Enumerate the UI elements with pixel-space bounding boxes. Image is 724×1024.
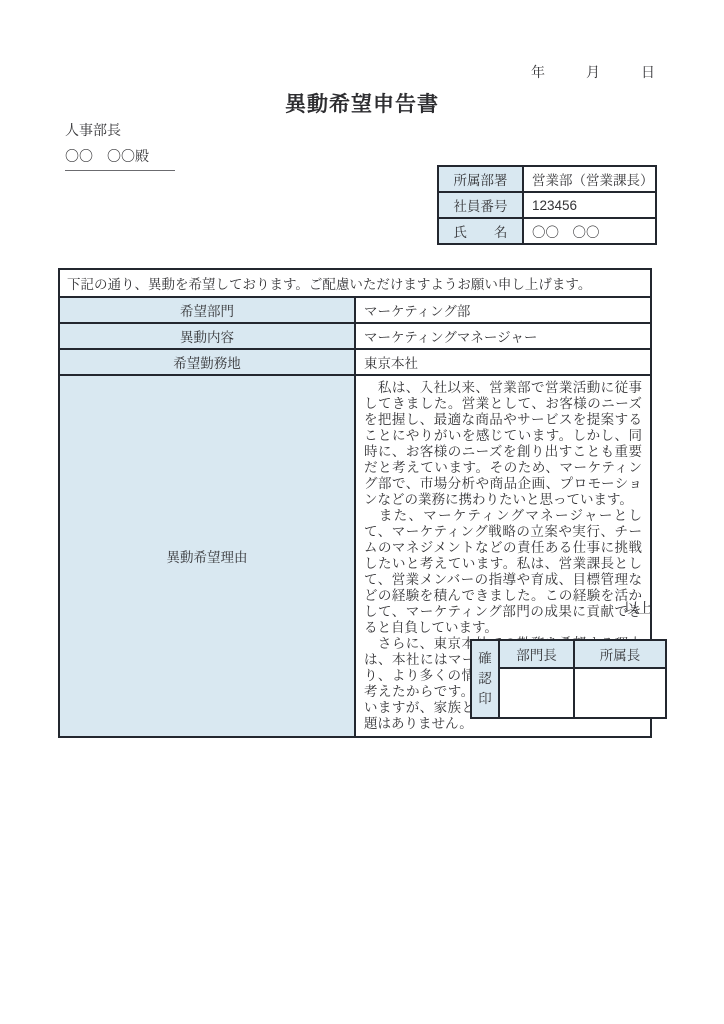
reason-paragraph: 私は、入社以来、営業部で営業活動に従事してきました。営業として、お客様のニーズを… (364, 380, 642, 508)
section-head-stamp-cell (574, 668, 666, 718)
date-line: 年 月 日 (0, 62, 655, 82)
table-row: 希望部門 マーケティング部 (59, 297, 651, 323)
date-year-label: 年 (531, 62, 545, 82)
closing-text: 以上 (0, 598, 652, 618)
confirmation-stamp-label: 確認印 (471, 640, 499, 718)
employee-info-table: 所属部署 営業部（営業課長） 社員番号 123456 氏 名 〇〇 〇〇 (437, 165, 657, 245)
table-row: 所属部署 営業部（営業課長） (438, 166, 656, 192)
table-row: 社員番号 123456 (438, 192, 656, 218)
table-row: 確認印 部門長 所属長 (471, 640, 666, 668)
transfer-request-form-page: { "page": { "date_line": { "year": "年", … (0, 0, 724, 1024)
division-head-stamp-cell (499, 668, 574, 718)
transfer-content-value: マーケティングマネージャー (355, 323, 651, 349)
desired-location-label: 希望勤務地 (59, 349, 355, 375)
division-head-column-label: 部門長 (499, 640, 574, 668)
table-row (471, 668, 666, 718)
table-row: 下記の通り、異動を希望しております。ご配慮いただけますようお願い申し上げます。 (59, 269, 651, 297)
reason-label: 異動希望理由 (59, 375, 355, 737)
desired-department-value: マーケティング部 (355, 297, 651, 323)
employee-number-label: 社員番号 (438, 192, 523, 218)
recipient-title: 人事部長 (65, 120, 121, 140)
name-value: 〇〇 〇〇 (523, 218, 656, 244)
approval-stamp-table: 確認印 部門長 所属長 (470, 639, 667, 719)
department-label: 所属部署 (438, 166, 523, 192)
request-intro-text: 下記の通り、異動を希望しております。ご配慮いただけますようお願い申し上げます。 (59, 269, 651, 297)
recipient-name: 〇〇 〇〇殿 (65, 146, 175, 171)
table-row: 希望勤務地 東京本社 (59, 349, 651, 375)
desired-location-value: 東京本社 (355, 349, 651, 375)
date-day-label: 日 (641, 62, 655, 82)
section-head-column-label: 所属長 (574, 640, 666, 668)
department-value: 営業部（営業課長） (523, 166, 656, 192)
date-month-label: 月 (586, 62, 600, 82)
table-row: 異動内容 マーケティングマネージャー (59, 323, 651, 349)
page-title: 異動希望申告書 (0, 88, 724, 118)
transfer-content-label: 異動内容 (59, 323, 355, 349)
desired-department-label: 希望部門 (59, 297, 355, 323)
employee-number-value: 123456 (523, 192, 656, 218)
table-row: 氏 名 〇〇 〇〇 (438, 218, 656, 244)
name-label: 氏 名 (438, 218, 523, 244)
